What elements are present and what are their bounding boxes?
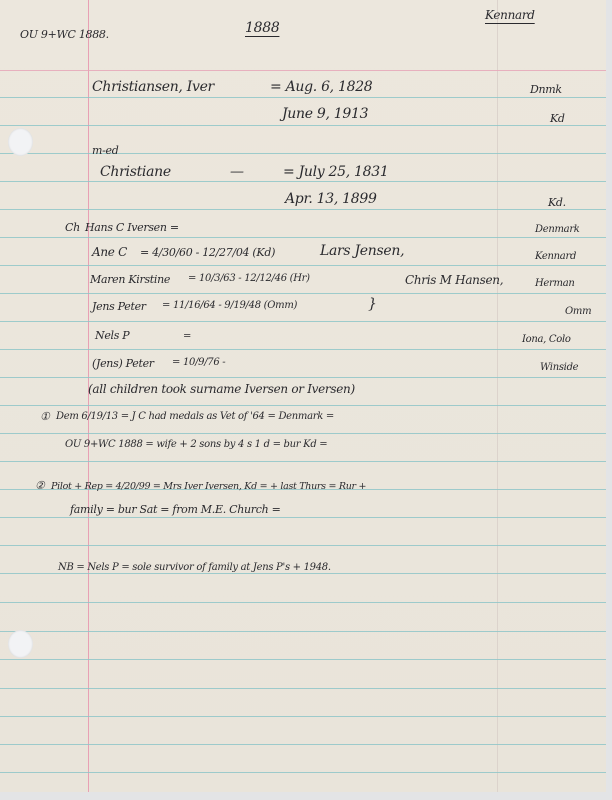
ruled-line: [0, 772, 606, 773]
right-margin-line: [497, 0, 498, 792]
note-marker-2: ②: [35, 479, 45, 492]
husband-name: Christiansen, Iver: [92, 79, 214, 95]
ruled-line: [0, 209, 606, 210]
wife-death: Apr. 13, 1899: [285, 191, 377, 207]
child-place: Omm: [565, 306, 591, 317]
child-dates: = 10/9/76 -: [172, 357, 225, 368]
child-dates: =: [183, 331, 191, 342]
child-spouse: Chris M Hansen,: [405, 273, 503, 287]
ruled-line: [0, 293, 606, 294]
child-spouse: Lars Jensen,: [320, 243, 404, 259]
ruled-line: [0, 265, 606, 266]
husband-birth: = Aug. 6, 1828: [270, 79, 372, 95]
ruled-line: [0, 688, 606, 689]
child-name: (Jens) Peter: [92, 357, 154, 370]
child-name: Maren Kirstine: [90, 273, 170, 286]
ruled-line: [0, 433, 606, 434]
ruled-line: [0, 744, 606, 745]
ruled-line: [0, 545, 606, 546]
ruled-line: [0, 125, 606, 126]
note-marker-1: ①: [40, 410, 50, 423]
child-dates: = 4/30/60 - 12/27/04 (Kd): [140, 246, 275, 259]
source-reference: OU 9+WC 1888.: [20, 28, 109, 41]
header-place: Kennard: [485, 8, 535, 22]
child-name: Ane C: [92, 245, 127, 259]
wife-name: Christiane: [100, 164, 171, 180]
ruled-line: [0, 716, 606, 717]
ruled-line: [0, 461, 606, 462]
ruled-paper-sheet: OU 9+WC 1888. 1888 Kennard Christiansen,…: [0, 0, 606, 792]
wife-death-place: Kd.: [548, 196, 566, 209]
ruled-line: [0, 602, 606, 603]
child-place: Winside: [540, 362, 578, 373]
husband-death: June 9, 1913: [282, 106, 368, 122]
ruled-line: [0, 237, 606, 238]
header-rule: [0, 70, 606, 71]
wife-dash: —: [230, 164, 244, 180]
child-place: Iona, Colo: [522, 334, 571, 345]
ruled-line: [0, 349, 606, 350]
child-dates: = 11/16/64 - 9/19/48 (Omm): [162, 300, 297, 311]
father-child-name: Hans C Iversen =: [85, 221, 179, 234]
child-bracket: }: [368, 296, 377, 312]
child-name: Nels P: [95, 329, 129, 342]
ruled-line: [0, 97, 606, 98]
ruled-line: [0, 181, 606, 182]
note-2-line-2: family = bur Sat = from M.E. Church =: [70, 503, 281, 516]
header-year: 1888: [245, 20, 279, 36]
married-label: m-ed: [92, 144, 119, 157]
child-dates: = 10/3/63 - 12/12/46 (Hr): [188, 273, 310, 284]
wife-birth: = July 25, 1831: [283, 164, 389, 180]
ruled-line: [0, 573, 606, 574]
ruled-line: [0, 517, 606, 518]
ruled-line: [0, 377, 606, 378]
binder-hole: [8, 630, 33, 658]
ruled-line: [0, 659, 606, 660]
children-surname-note: (all children took surname Iversen or Iv…: [88, 382, 355, 396]
ruled-line: [0, 631, 606, 632]
ruled-line: [0, 153, 606, 154]
ruled-line: [0, 321, 606, 322]
left-margin-line: [88, 0, 89, 792]
child-place: Herman: [535, 278, 575, 289]
nb-note: NB = Nels P = sole survivor of family at…: [58, 562, 331, 573]
child-name: Jens Peter: [92, 300, 146, 313]
ruled-line: [0, 405, 606, 406]
husband-death-place: Kd: [550, 112, 565, 125]
binder-hole: [8, 128, 33, 156]
note-2-line-1: Pilot + Rep = 4/20/99 = Mrs Iver Iversen…: [51, 481, 366, 492]
child-place: Kennard: [535, 251, 576, 262]
husband-birth-place: Dnmk: [530, 83, 562, 96]
father-child-place: Denmark: [535, 224, 580, 235]
children-label: Ch: [65, 221, 80, 234]
note-1-line-1: Dem 6/19/13 = J C had medals as Vet of '…: [56, 411, 334, 422]
note-1-line-2: OU 9+WC 1888 = wife + 2 sons by 4 s 1 d …: [65, 439, 327, 450]
